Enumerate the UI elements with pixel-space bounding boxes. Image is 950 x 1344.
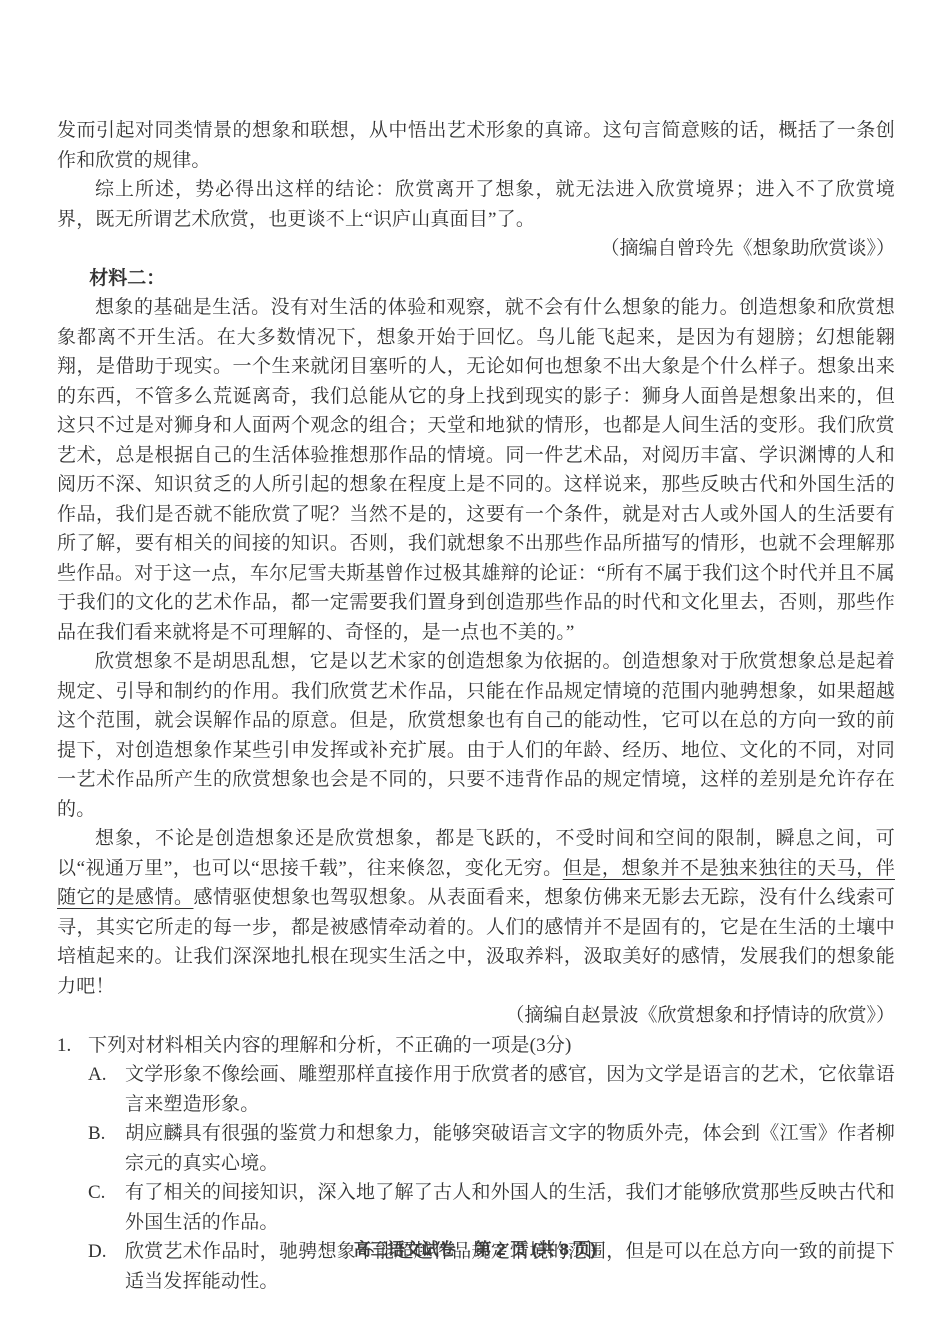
attribution-material-2: （摘编自赵景波《欣赏想象和抒情诗的欣赏》） [57,1001,895,1031]
option-c-text: 有了相关的间接知识，深入地了解了古人和外国人的生活，我们才能够欣赏那些反映古代和… [125,1178,895,1237]
paragraph-conclusion: 综上所述，势必得出这样的结论：欣赏离开了想象，就无法进入欣赏境界；进入不了欣赏境… [57,175,895,234]
option-a-text: 文学形象不像绘画、雕塑那样直接作用于欣赏者的感官，因为文学是语言的艺术，它依靠语… [125,1060,895,1119]
paragraph-continuation: 发而引起对同类情景的想象和联想，从中悟出艺术形象的真谛。这句言简意赅的话，概括了… [57,116,895,175]
question-1: 1. 下列对材料相关内容的理解和分析，不正确的一项是(3分) [57,1031,895,1061]
attribution-material-1: （摘编自曾玲先《想象助欣赏谈》） [57,234,895,264]
material-2-paragraph-3: 想象，不论是创造想象还是欣赏想象，都是飞跃的，不受时间和空间的限制，瞬息之间，可… [57,824,895,1001]
option-a-label: A. [88,1060,125,1119]
exam-page: 发而引起对同类情景的想象和联想，从中悟出艺术形象的真谛。这句言简意赅的话，概括了… [0,0,950,1344]
question-1-number: 1. [57,1031,88,1061]
material-2-paragraph-2: 欣赏想象不是胡思乱想，它是以艺术家的创造想象为依据的。创造想象对于欣赏想象总是起… [57,647,895,824]
option-b-label: B. [88,1119,125,1178]
option-b-text: 胡应麟具有很强的鉴赏力和想象力，能够突破语言文字的物质外壳，体会到《江雪》作者柳… [125,1119,895,1178]
page-content: 发而引起对同类情景的想象和联想，从中悟出艺术形象的真谛。这句言简意赅的话，概括了… [57,116,895,1296]
question-1-option-b: B. 胡应麟具有很强的鉴赏力和想象力，能够突破语言文字的物质外壳，体会到《江雪》… [88,1119,895,1178]
material-2-paragraph-1: 想象的基础是生活。没有对生活的体验和观察，就不会有什么想象的能力。创造想象和欣赏… [57,293,895,647]
question-1-stem: 下列对材料相关内容的理解和分析，不正确的一项是(3分) [88,1031,895,1061]
page-footer: 高三语文试卷 第 2 页 (共 8 页) [0,1238,950,1262]
question-1-option-c: C. 有了相关的间接知识，深入地了解了古人和外国人的生活，我们才能够欣赏那些反映… [88,1178,895,1237]
question-1-option-a: A. 文学形象不像绘画、雕塑那样直接作用于欣赏者的感官，因为文学是语言的艺术，它… [88,1060,895,1119]
footer-page-number: 第 2 页 (共 8 页) [474,1240,596,1259]
footer-exam-title: 高三语文试卷 [354,1240,456,1259]
option-c-label: C. [88,1178,125,1237]
material-2-heading: 材料二： [57,264,895,294]
